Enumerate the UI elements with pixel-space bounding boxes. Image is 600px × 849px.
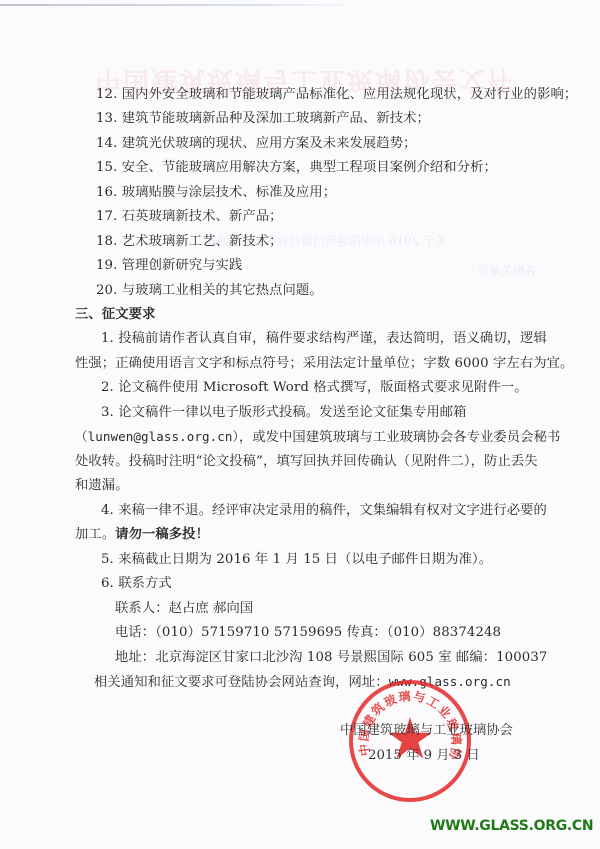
requirement-2: 2. 论文稿件使用 Microsoft Word 格式撰写，版面格式要求见附件一… <box>101 379 528 397</box>
topic-item: 15. 安全、节能玻璃应用解决方案，典型工程项目案例介绍和分析； <box>96 159 497 177</box>
signature-date: 2015 年 9 月 3 日 <box>368 747 480 765</box>
requirement-3-line-2: （lunwen@glass.org.cn），或发中国建筑玻璃与工业玻璃协会各专业… <box>75 428 560 447</box>
requirement-4-line-1: 4. 来稿一律不退。经评审决定录用的稿件，文集编辑有权对文字进行必要的 <box>101 502 547 520</box>
requirement-3-line-1: 3. 论文稿件一律以电子版形式投稿。发送至论文征集专用邮箱 <box>101 404 467 422</box>
website-note-text: 相关通知和征文要求可登陆协会网站查询，网址： <box>94 675 389 690</box>
contact-phone-fax: 电话：（010）57159710 57159695 传真：（010）883742… <box>115 624 501 642</box>
site-watermark: WWW.GLASS.ORG.CN <box>430 818 593 834</box>
topic-item: 12. 国内外安全玻璃和节能玻璃产品标准化、应用法规化现状，及对行业的影响； <box>96 86 577 104</box>
page-top-edge <box>0 4 360 6</box>
requirement-6-heading: 6. 联系方式 <box>101 575 172 593</box>
topic-item: 17. 石英玻璃新技术、新产品； <box>96 208 283 226</box>
topic-item: 19. 管理创新研究与实践 <box>96 257 242 275</box>
topic-item: 16. 玻璃贴膜与涂层技术、标准及应用； <box>96 184 336 202</box>
requirement-3-line-4: 和遗漏。 <box>75 477 129 495</box>
topic-item: 14. 建筑光伏玻璃的现状、应用方案及未来发展趋势； <box>96 135 417 153</box>
topic-item: 18. 艺术玻璃新工艺、新技术； <box>96 233 283 251</box>
contact-address: 地址：北京海淀区甘家口北沙沟 108 号景熙国际 605 室 邮编：100037 <box>115 649 547 667</box>
contact-people: 联系人：赵占庶 郝向国 <box>115 600 253 618</box>
requirement-1-line-2: 性强；正确使用语言文字和标点符号；采用法定计量单位；字数 6000 字左右为宜。 <box>75 355 573 373</box>
topic-item: 13. 建筑节能玻璃新品种及深加工玻璃新产品、新技术； <box>96 110 430 128</box>
no-multiple-submission-warning: 请勿一稿多投！ <box>115 527 209 542</box>
requirement-3-line-2-text: ，或发中国建筑玻璃与工业玻璃协会各专业委员会秘书 <box>239 430 561 445</box>
topic-item: 20. 与玻璃工业相关的其它热点问题。 <box>96 282 323 300</box>
requirement-3-line-3: 处收转。投稿时注明“论文投稿”，填写回执并回传确认（见附件二），防止丢失 <box>75 453 538 471</box>
section-heading-requirements: 三、征文要求 <box>75 306 155 324</box>
official-seal: 中国建筑玻璃与工业玻璃协会 <box>349 680 471 802</box>
signature-organization: 中国建筑玻璃与工业玻璃协会 <box>340 722 513 740</box>
submission-email: （lunwen@glass.org.cn） <box>75 429 239 444</box>
requirement-1-line-1: 1. 投稿前请作者认真自审，稿件要求结构严谨，表达简明，语义确切，逻辑 <box>101 330 547 348</box>
requirement-4-line-2: 加工。请勿一稿多投！ <box>75 526 209 544</box>
requirement-4-line-2-text: 加工。 <box>75 527 115 542</box>
bleed-through-line: 各相关单位： <box>465 262 537 279</box>
requirement-5: 5. 来稿截止日期为 2016 年 1 月 15 日（以电子邮件日期为准）。 <box>101 551 492 569</box>
